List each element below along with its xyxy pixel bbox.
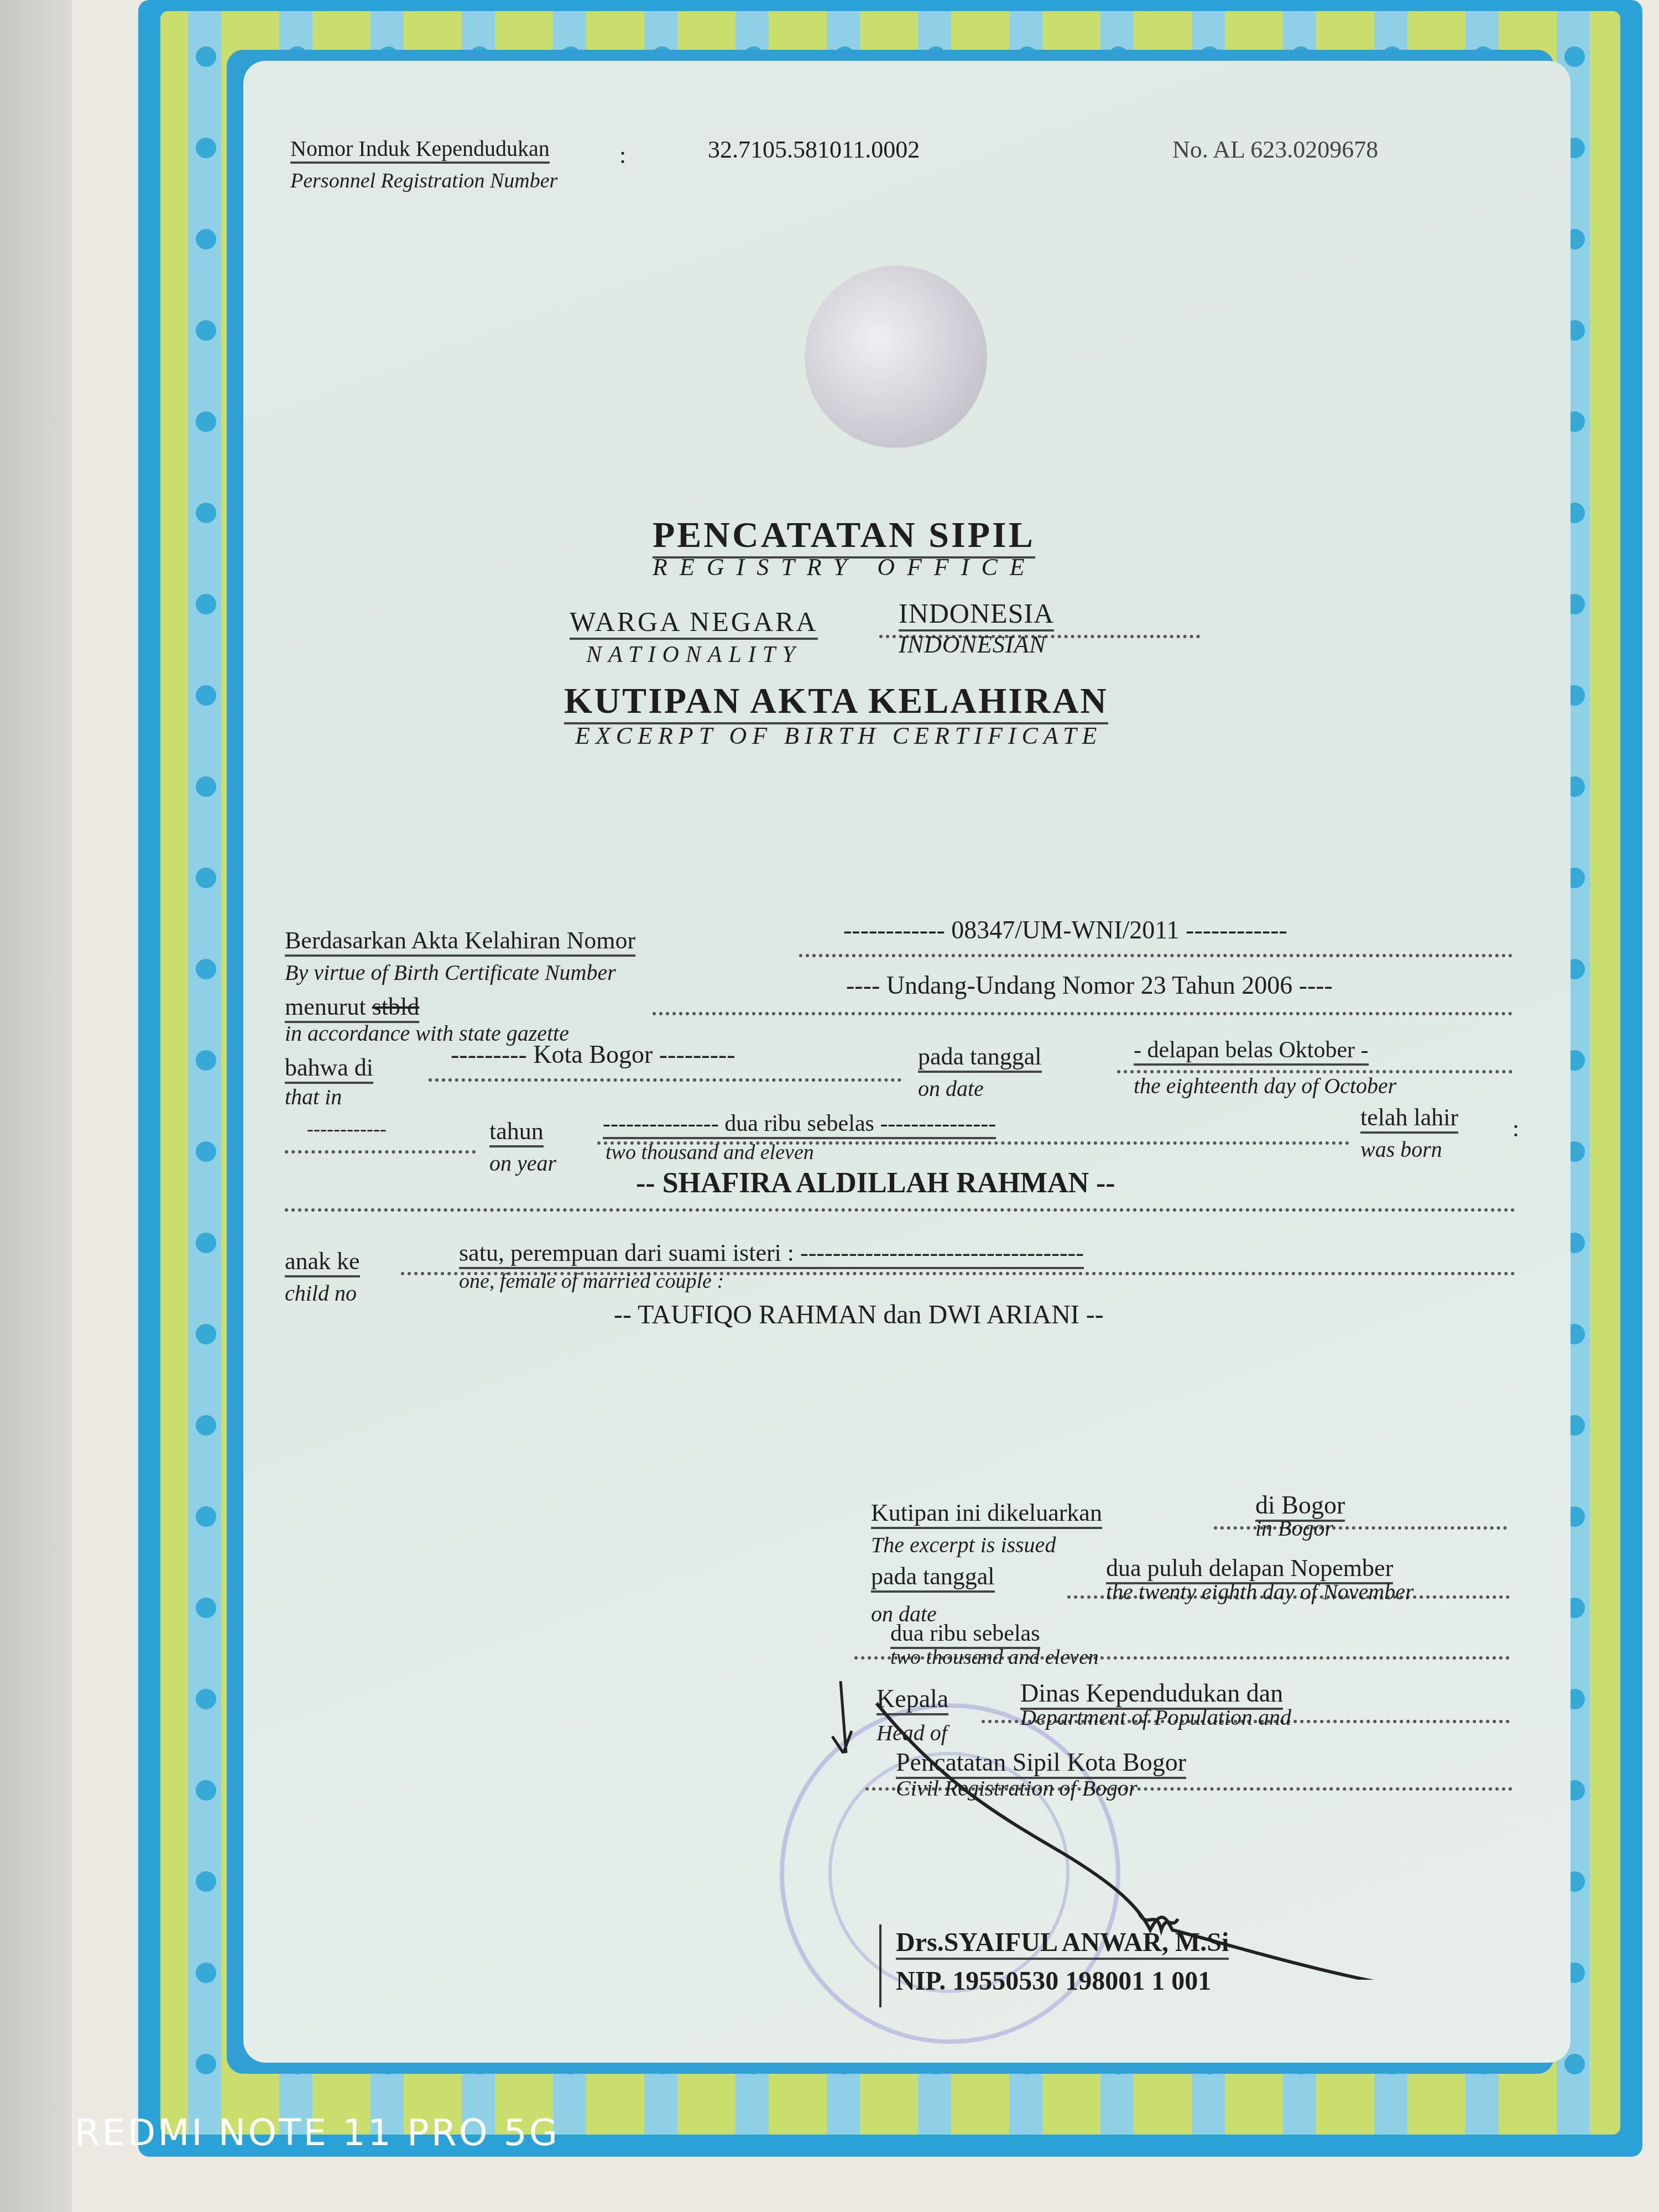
official-nip: NIP. 19550530 198001 1 001 — [896, 1966, 1211, 1996]
signature-stroke — [879, 1924, 881, 2007]
nationality-value: INDONESIA — [899, 597, 1054, 632]
place-value: --------- Kota Bogor --------- — [451, 1040, 735, 1069]
child-no-value-en: one, female of married couple : — [459, 1269, 724, 1293]
child-no-value: satu, perempuan dari suami isteri : ----… — [459, 1239, 1084, 1269]
issued-date-label: pada tanggal — [871, 1562, 995, 1593]
nik-value: 32.7105.581011.0002 — [708, 135, 920, 164]
nationality-label: WARGA NEGARA — [570, 606, 818, 640]
issued-date-en: the twenty eighth day of November — [1106, 1579, 1414, 1605]
birth-year-value-en: two thousand and eleven — [606, 1140, 814, 1165]
cert-no-label-en: By virtue of Birth Certificate Number — [285, 959, 616, 985]
child-no-label: anak ke — [285, 1247, 360, 1277]
place-label: bahwa di — [285, 1053, 373, 1084]
office-title: PENCATATAN SIPIL — [653, 514, 1035, 559]
document-title: KUTIPAN AKTA KELAHIRAN — [564, 680, 1108, 724]
birth-date-label-en: on date — [918, 1076, 984, 1102]
birth-date-value: - delapan belas Oktober - — [1134, 1037, 1369, 1066]
year-label-en: on year — [489, 1150, 556, 1176]
nationality-value-en: INDONESIAN — [899, 630, 1046, 659]
issued-place-en: in Bogor — [1255, 1515, 1333, 1541]
issued-label: Kutipan ini dikeluarkan — [871, 1499, 1102, 1529]
gazette-struck: stbld — [372, 993, 420, 1020]
camera-watermark: REDMI NOTE 11 PRO 5G — [75, 2111, 560, 2154]
child-no-label-en: child no — [285, 1280, 357, 1306]
nationality-label-en: NATIONALITY — [586, 641, 802, 668]
year-label: tahun — [489, 1117, 544, 1147]
born-label-en: was born — [1360, 1136, 1442, 1162]
hologram-seal — [805, 265, 987, 448]
nik-label: Nomor Induk Kependudukan — [290, 135, 550, 164]
birth-date-value-en: the eighteenth day of October — [1134, 1073, 1396, 1099]
nik-label-en: Personnel Registration Number — [290, 169, 557, 193]
place-label-en: that in — [285, 1084, 342, 1110]
born-colon: : — [1512, 1114, 1519, 1142]
birth-year-value: --------------- dua ribu sebelas -------… — [603, 1110, 996, 1139]
parents-names: -- TAUFIQO RAHMAN dan DWI ARIANI -- — [614, 1300, 1104, 1330]
nik-colon: : — [619, 141, 626, 169]
background-wall — [0, 0, 72, 2212]
year-prefix: ------------ — [307, 1117, 387, 1140]
official-name: Drs.SYAIFUL ANWAR, M.Si — [896, 1927, 1229, 1960]
child-name: -- SHAFIRA ALDILLAH RAHMAN -- — [636, 1167, 1115, 1199]
issued-label-en: The excerpt is issued — [871, 1532, 1056, 1558]
cert-no-label: Berdasarkan Akta Kelahiran Nomor — [285, 926, 635, 957]
cert-no-value: ------------ 08347/UM-WNI/2011 ---------… — [843, 915, 1287, 945]
gazette-label: menurut stbld — [285, 993, 419, 1023]
issued-year-en: two thousand and eleven — [890, 1645, 1099, 1670]
document-title-en: EXCERPT OF BIRTH CERTIFICATE — [575, 722, 1102, 750]
born-label: telah lahir — [1360, 1103, 1458, 1134]
office-title-en: REGISTRY OFFICE — [653, 553, 1037, 581]
serial-number: No. AL 623.0209678 — [1172, 135, 1378, 164]
gazette-value: ---- Undang-Undang Nomor 23 Tahun 2006 -… — [846, 971, 1333, 1000]
birth-date-label: pada tanggal — [918, 1042, 1042, 1073]
